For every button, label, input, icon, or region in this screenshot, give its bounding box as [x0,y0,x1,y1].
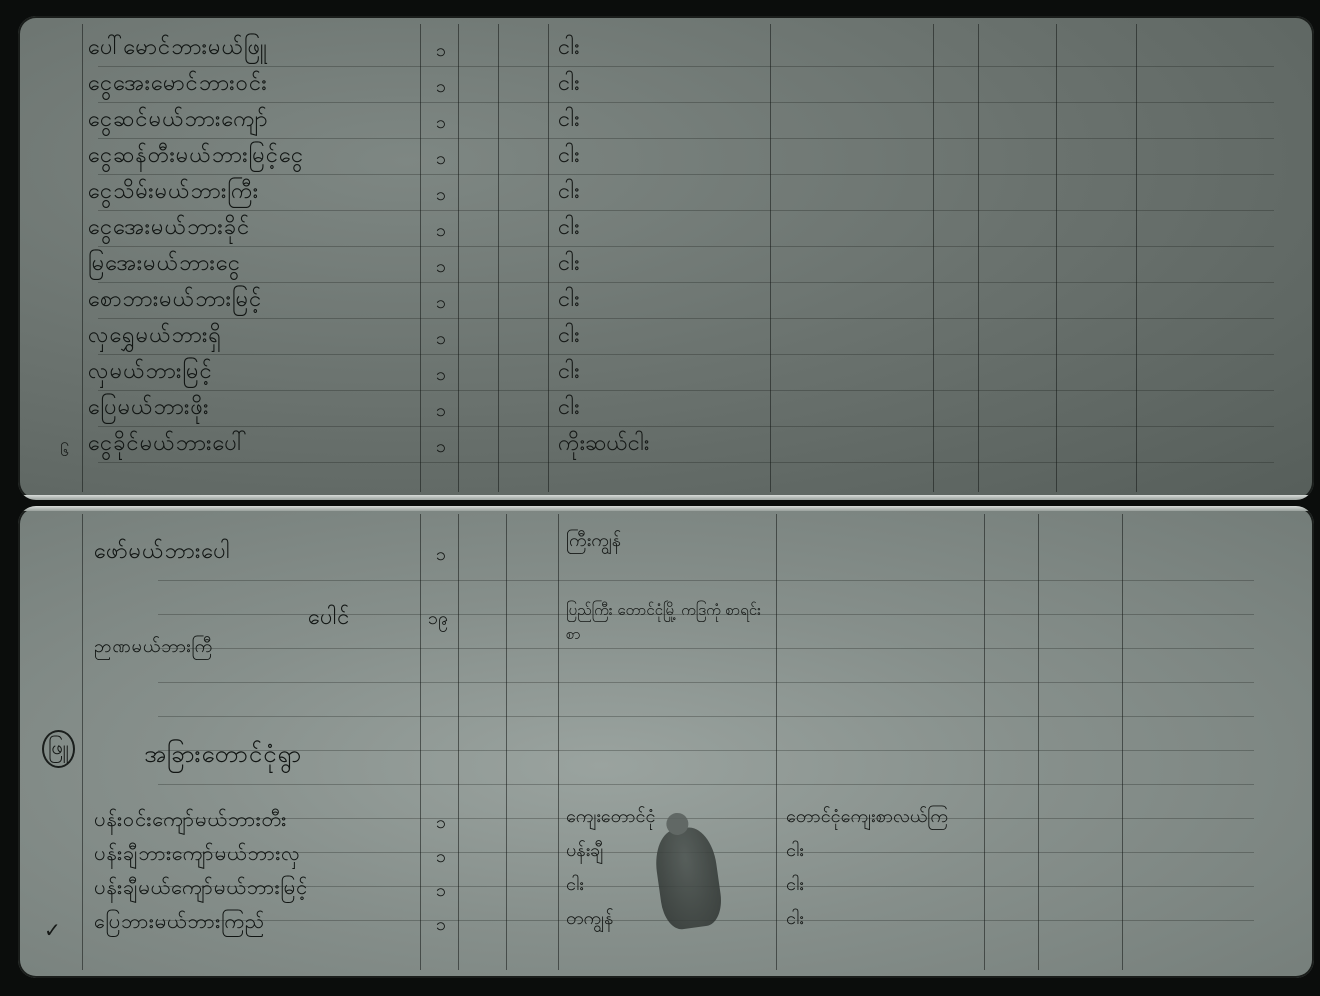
ledger-count: ၁ [436,878,446,905]
ledger-name: ငွေဆင်မယ်ဘားကျော် [88,104,268,137]
ledger-count: ၁၉ [428,606,448,633]
ledger-count: ၁ [436,844,446,871]
ledger-remark: ကြီးကျွန် [566,528,621,555]
row-rule [98,66,1274,67]
ledger-count: ၁ [436,110,446,137]
row-rule [98,246,1274,247]
column-rule [558,514,559,970]
check-mark-icon: ✓ [44,918,61,942]
top-leaf: ပေါ်မောင်ဘားမယ်ဖြူ ၁ ငါး ငွေအေးမောင်ဘားဝ… [18,16,1314,500]
row-rule [98,282,1274,283]
column-rule [1038,514,1039,970]
column-rule [82,514,83,970]
column-rule [420,514,421,970]
column-rule [776,514,777,970]
leaf-edge [18,506,1314,511]
seated-figure-drawing [651,824,724,931]
column-rule [82,24,83,492]
column-rule [1122,514,1123,970]
ledger-remark: ငါး [558,32,580,65]
ledger-count: ၁ [436,542,446,569]
ledger-remark: ငါး [558,212,580,245]
ledger-count: ၁ [436,146,446,173]
column-rule [978,24,979,492]
row-rule [98,354,1274,355]
row-rule [158,716,1254,717]
ledger-count: ၁ [436,290,446,317]
ledger-name: မြအေးမယ်ဘားငွေ [88,248,241,281]
ledger-name: ငွေအေးမယ်ဘားခိုင် [88,212,250,245]
ledger-count: ၁ [436,38,446,65]
ledger-name: ဖော်မယ်ဘားပေါ [94,536,231,569]
ledger-remark-2: ငါး [786,838,804,865]
ledger-remark: ငါး [558,320,580,353]
bottom-leaf: ဖော်မယ်ဘားပေါ ၁ ကြီးကျွန် ပေါင် ၁၉ ပြည်က… [18,506,1314,978]
ledger-name: လှမယ်ဘားမြင့် [88,356,213,389]
row-rule [98,462,1274,463]
ledger-remark: ငါး [558,248,580,281]
ledger-remark-2: ငါး [786,872,804,899]
ledger-remark: ကိုးဆယ်ငါး [558,428,649,461]
ledger-remark: ငါး [558,104,580,137]
ledger-name: ငွေခိုင်မယ်ဘားပေါ် [88,428,248,461]
ledger-name: ငွေဆန်တီးမယ်ဘားမြင့်ငွေ [88,140,304,173]
leaf-edge [18,495,1314,500]
row-rule [98,102,1274,103]
ledger-name: ပေါ်မောင်ဘားမယ်ဖြူ [88,32,268,65]
ledger-name: ပန်းချီဘားကျော်မယ်ဘားလှ [94,840,301,870]
ledger-name: ဉာဏမယ်ဘားကြီ [94,634,213,661]
ledger-remark: ငါး [558,392,580,425]
row-rule [158,648,1254,649]
column-rule [458,24,459,492]
row-rule [98,390,1274,391]
ledger-remark: ငါး [558,356,580,389]
row-rule [158,750,1254,751]
row-rule [98,138,1274,139]
column-rule [1056,24,1057,492]
ledger-remark: ငါး [558,68,580,101]
ledger-count: ၁ [436,218,446,245]
ledger-count: ၁ [436,326,446,353]
row-rule [158,580,1254,581]
row-rule [158,682,1254,683]
section-mark: ဖြူ [42,730,75,768]
row-rule [98,210,1274,211]
ledger-count: ၁ [436,912,446,939]
ledger-remark: ကျေးတောင်ငုံ [566,804,655,831]
column-rule [458,514,459,970]
column-rule [770,24,771,492]
section-heading: အခြားတောင်ငုံရွာ [144,738,302,774]
ledger-count: ၁ [436,74,446,101]
ledger-count: ၁ [436,398,446,425]
row-rule [98,174,1274,175]
column-rule [420,24,421,492]
ledger-remark: တကျွန် [566,906,613,933]
row-rule [98,426,1274,427]
ledger-remark: ငါး [566,872,584,899]
column-rule [984,514,985,970]
ledger-name: ငွေသိမ်းမယ်ဘားကြီး [88,176,259,209]
ledger-remark: ပြည်ကြီး တောင်ငုံမြို့ ကဒြကုံ စာရင်းစာ [566,598,766,646]
column-rule [548,24,549,492]
ledger-name: စောဘားမယ်ဘားမြင့် [88,284,262,317]
ledger-name: ပေါင် [308,602,351,635]
ledger-remark-2: တောင်ငုံကျေးစာလယ်ကြ [786,804,948,831]
ledger-count: ၁ [436,810,446,837]
ledger-remark: ငါး [558,140,580,173]
row-rule [98,318,1274,319]
ledger-name: ငွေအေးမောင်ဘားဝင်း [88,68,268,101]
ledger-name: ပြေဘားမယ်ဘားကြည် [94,908,265,938]
row-rule [158,818,1254,819]
ledger-count: ၁ [436,362,446,389]
ledger-count: ၁ [436,434,446,461]
ledger-name: ပန်းဝင်းကျော်မယ်ဘားတီး [94,806,287,836]
ledger-name: ပြေမယ်ဘားဖိုး [88,392,210,425]
column-rule [506,514,507,970]
ledger-count: ၁ [436,182,446,209]
margin-mark: ၆ [60,440,69,464]
ledger-name: ပန်းချီမယ်ကျော်မယ်ဘားမြင့် [94,874,308,904]
ledger-count: ၁ [436,254,446,281]
column-rule [498,24,499,492]
ledger-remark-2: ငါး [786,906,804,933]
column-rule [933,24,934,492]
row-rule [158,784,1254,785]
ledger-name: လှရွှေမယ်ဘားရှိ [88,320,222,353]
ledger-remark: ပန်းချီ [566,838,603,865]
ledger-remark: ငါး [558,176,580,209]
ledger-remark: ငါး [558,284,580,317]
column-rule [1136,24,1137,492]
